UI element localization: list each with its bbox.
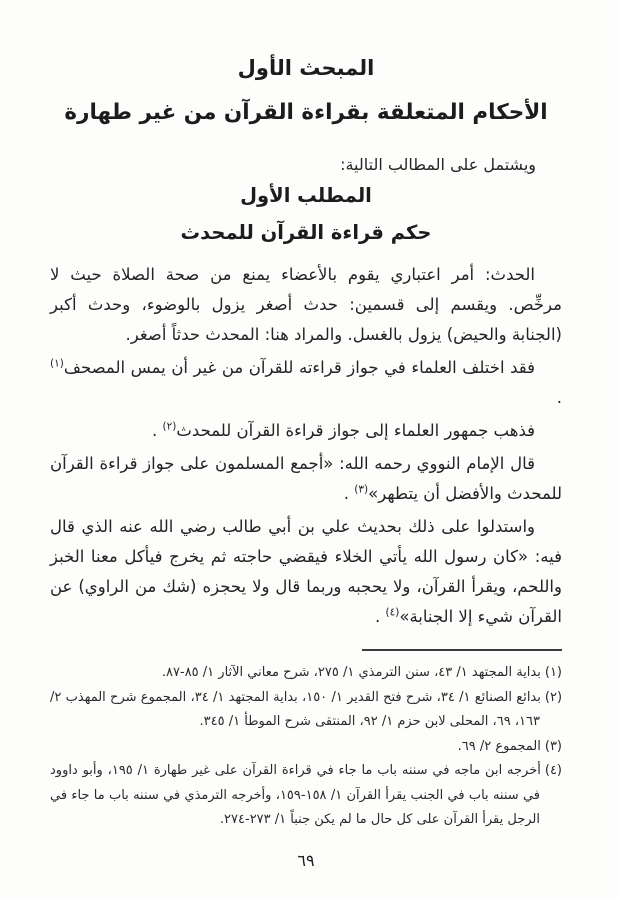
footnote-marker: (١): [545, 665, 562, 680]
paragraph-tail: .: [557, 388, 562, 407]
footnote-reference: (٣): [354, 484, 368, 496]
paragraph-text: الحدث: أمر اعتباري يقوم بالأعضاء يمنع من…: [50, 265, 562, 344]
chapter-heading: الأحكام المتعلقة بقراءة القرآن من غير طه…: [50, 100, 562, 125]
paragraph-tail: .: [344, 484, 355, 503]
body-paragraph: فقد اختلف العلماء في جواز قراءته للقرآن …: [50, 353, 562, 413]
footnote-marker: (٤): [545, 763, 562, 778]
page-number: ٦٩: [50, 851, 562, 870]
paragraph-text: فذهب جمهور العلماء إلى جواز قراءة القرآن…: [176, 421, 535, 440]
footnote-text: المجموع ٢/ ٦٩.: [458, 739, 541, 754]
paragraph-text: قال الإمام النووي رحمه الله: «أجمع المسل…: [50, 454, 562, 503]
footnote-text: بداية المجتهد ١/ ٤٣، سنن الترمذي ١/ ٢٧٥،…: [162, 665, 541, 680]
footnote-text: أخرجه ابن ماجه في سننه باب ما جاء في قرا…: [50, 763, 541, 827]
footnote-marker: (٢): [545, 690, 562, 705]
paragraph-text: واستدلوا على ذلك بحديث علي بن أبي طالب ر…: [50, 517, 562, 626]
footnote-reference: (١): [50, 358, 64, 370]
intro-line: ويشتمل على المطالب التالية:: [50, 155, 562, 174]
footnote-item: (٤)أخرجه ابن ماجه في سننه باب ما جاء في …: [50, 759, 562, 833]
footnotes-section: (١)بداية المجتهد ١/ ٤٣، سنن الترمذي ١/ ٢…: [50, 661, 562, 833]
book-page: المبحث الأول الأحكام المتعلقة بقراءة الق…: [0, 0, 618, 900]
paragraph-tail: .: [375, 607, 386, 626]
matlab-heading: المطلب الأول: [50, 184, 562, 207]
body-paragraph: فذهب جمهور العلماء إلى جواز قراءة القرآن…: [50, 416, 562, 446]
footnote-item: (٣)المجموع ٢/ ٦٩.: [50, 735, 562, 760]
footnote-item: (٢)بدائع الصنائع ١/ ٣٤، شرح فتح القدير ١…: [50, 686, 562, 735]
footnote-separator: [362, 649, 562, 651]
footnote-item: (١)بداية المجتهد ١/ ٤٣، سنن الترمذي ١/ ٢…: [50, 661, 562, 686]
body-paragraph: الحدث: أمر اعتباري يقوم بالأعضاء يمنع من…: [50, 260, 562, 350]
footnote-text: بدائع الصنائع ١/ ٣٤، شرح فتح القدير ١/ ١…: [50, 690, 541, 730]
topic-heading: حكم قراءة القرآن للمحدث: [50, 221, 562, 244]
footnote-reference: (٤): [386, 607, 400, 619]
body-paragraph: قال الإمام النووي رحمه الله: «أجمع المسل…: [50, 449, 562, 509]
body-text: الحدث: أمر اعتباري يقوم بالأعضاء يمنع من…: [50, 260, 562, 632]
paragraph-tail: .: [152, 421, 163, 440]
paragraph-text: فقد اختلف العلماء في جواز قراءته للقرآن …: [64, 358, 535, 377]
footnote-marker: (٣): [545, 739, 562, 754]
body-paragraph: واستدلوا على ذلك بحديث علي بن أبي طالب ر…: [50, 512, 562, 632]
section-heading: المبحث الأول: [50, 56, 562, 80]
footnote-reference: (٢): [163, 421, 177, 433]
